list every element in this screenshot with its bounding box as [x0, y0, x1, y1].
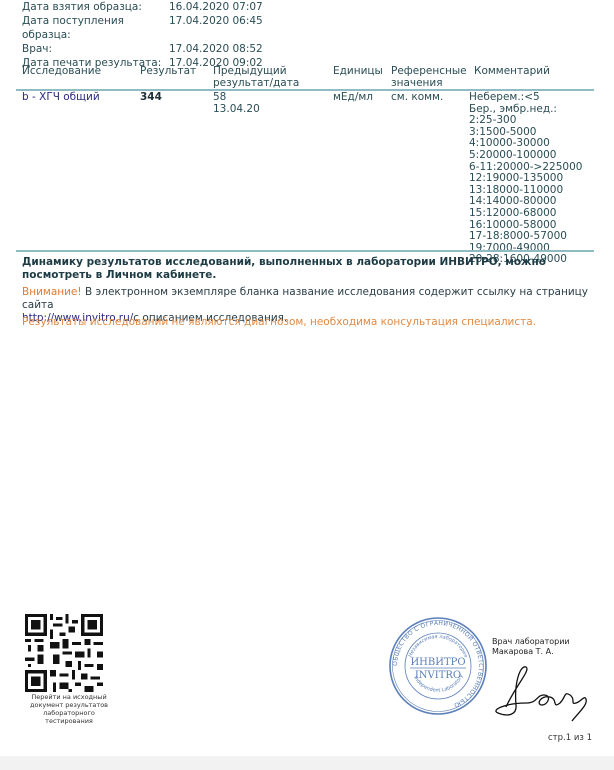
warning-label: Внимание!	[22, 286, 82, 298]
signature-icon	[486, 665, 596, 725]
header-units: Единицы	[333, 65, 383, 77]
header-previous-line2: результат/дата	[213, 77, 299, 89]
viewer-footer-bar	[0, 756, 614, 770]
svg-text:Независимая лаборатория: Независимая лаборатория	[408, 634, 469, 658]
meta-label: Дата взятия образца:	[22, 0, 169, 14]
stamp-brand-ru: ИНВИТРО	[410, 657, 465, 668]
header-result: Результат	[140, 65, 196, 77]
meta-value: 17.04.2020 06:45	[169, 14, 263, 42]
doctor-title: Врач лаборатории	[492, 637, 570, 647]
meta-value: 16.04.2020 07:07	[169, 0, 263, 14]
meta-row-sample-taken: Дата взятия образца: 16.04.2020 07:07	[22, 0, 263, 14]
stamp-brand-en: INVITRO	[415, 670, 461, 681]
comment: Неберем.:<5 Бер., эмбр.нед.: 2:25-300 3:…	[469, 92, 582, 266]
page-number: стр.1 из 1	[548, 733, 592, 743]
header-comment: Комментарий	[474, 65, 550, 77]
reference: см. комм.	[391, 92, 443, 104]
warning-text: В электронном экземпляре бланка название…	[22, 286, 588, 311]
header-reference: Референсные значения	[391, 65, 467, 89]
stamp-inner-text: Независимая лаборатория	[408, 634, 469, 658]
header-previous-line1: Предыдущий	[213, 65, 299, 77]
header-previous: Предыдущий результат/дата	[213, 65, 299, 89]
disclaimer: Результаты исследований не являются диаг…	[22, 316, 536, 328]
test-name-link[interactable]: b - ХГЧ общий	[22, 92, 100, 104]
table-bottom-divider	[16, 250, 594, 252]
result-value: 344	[140, 92, 162, 104]
previous-date: 13.04.20	[213, 104, 260, 116]
header-reference-line2: значения	[391, 77, 467, 89]
header-test: Исследование	[22, 65, 101, 77]
sample-meta: Дата взятия образца: 16.04.2020 07:07 Да…	[22, 0, 263, 70]
meta-row-sample-received: Дата поступления образца: 17.04.2020 06:…	[22, 14, 263, 42]
meta-label: Врач:	[22, 42, 169, 56]
comment-line: 15:12000-68000	[469, 208, 582, 220]
doctor-signature-block: Врач лаборатории Макарова Т. А.	[492, 637, 570, 657]
dynamics-note: Динамику результатов исследований, выпол…	[22, 256, 582, 282]
previous-result: 58 13.04.20	[213, 92, 260, 115]
previous-value: 58	[213, 92, 260, 104]
units: мЕд/мл	[333, 92, 373, 104]
comment-line: 17-18:8000-57000	[469, 231, 582, 243]
comment-line: 12:19000-135000	[469, 173, 582, 185]
comment-line: Неберем.:<5	[469, 92, 582, 104]
qr-code[interactable]	[25, 614, 103, 692]
meta-row-doctor: Врач: 17.04.2020 08:52	[22, 42, 263, 56]
qr-caption: Перейти на исходный документ результатов…	[22, 693, 116, 725]
invitro-stamp-icon: ОБЩЕСТВО С ОГРАНИЧЕННОЙ ОТВЕТСТВЕННОСТЬЮ…	[388, 616, 488, 716]
meta-value: 17.04.2020 08:52	[169, 42, 263, 56]
comment-line: 5:20000-100000	[469, 150, 582, 162]
header-reference-line1: Референсные	[391, 65, 467, 77]
doctor-name: Макарова Т. А.	[492, 647, 570, 657]
meta-label: Дата поступления образца:	[22, 14, 169, 42]
